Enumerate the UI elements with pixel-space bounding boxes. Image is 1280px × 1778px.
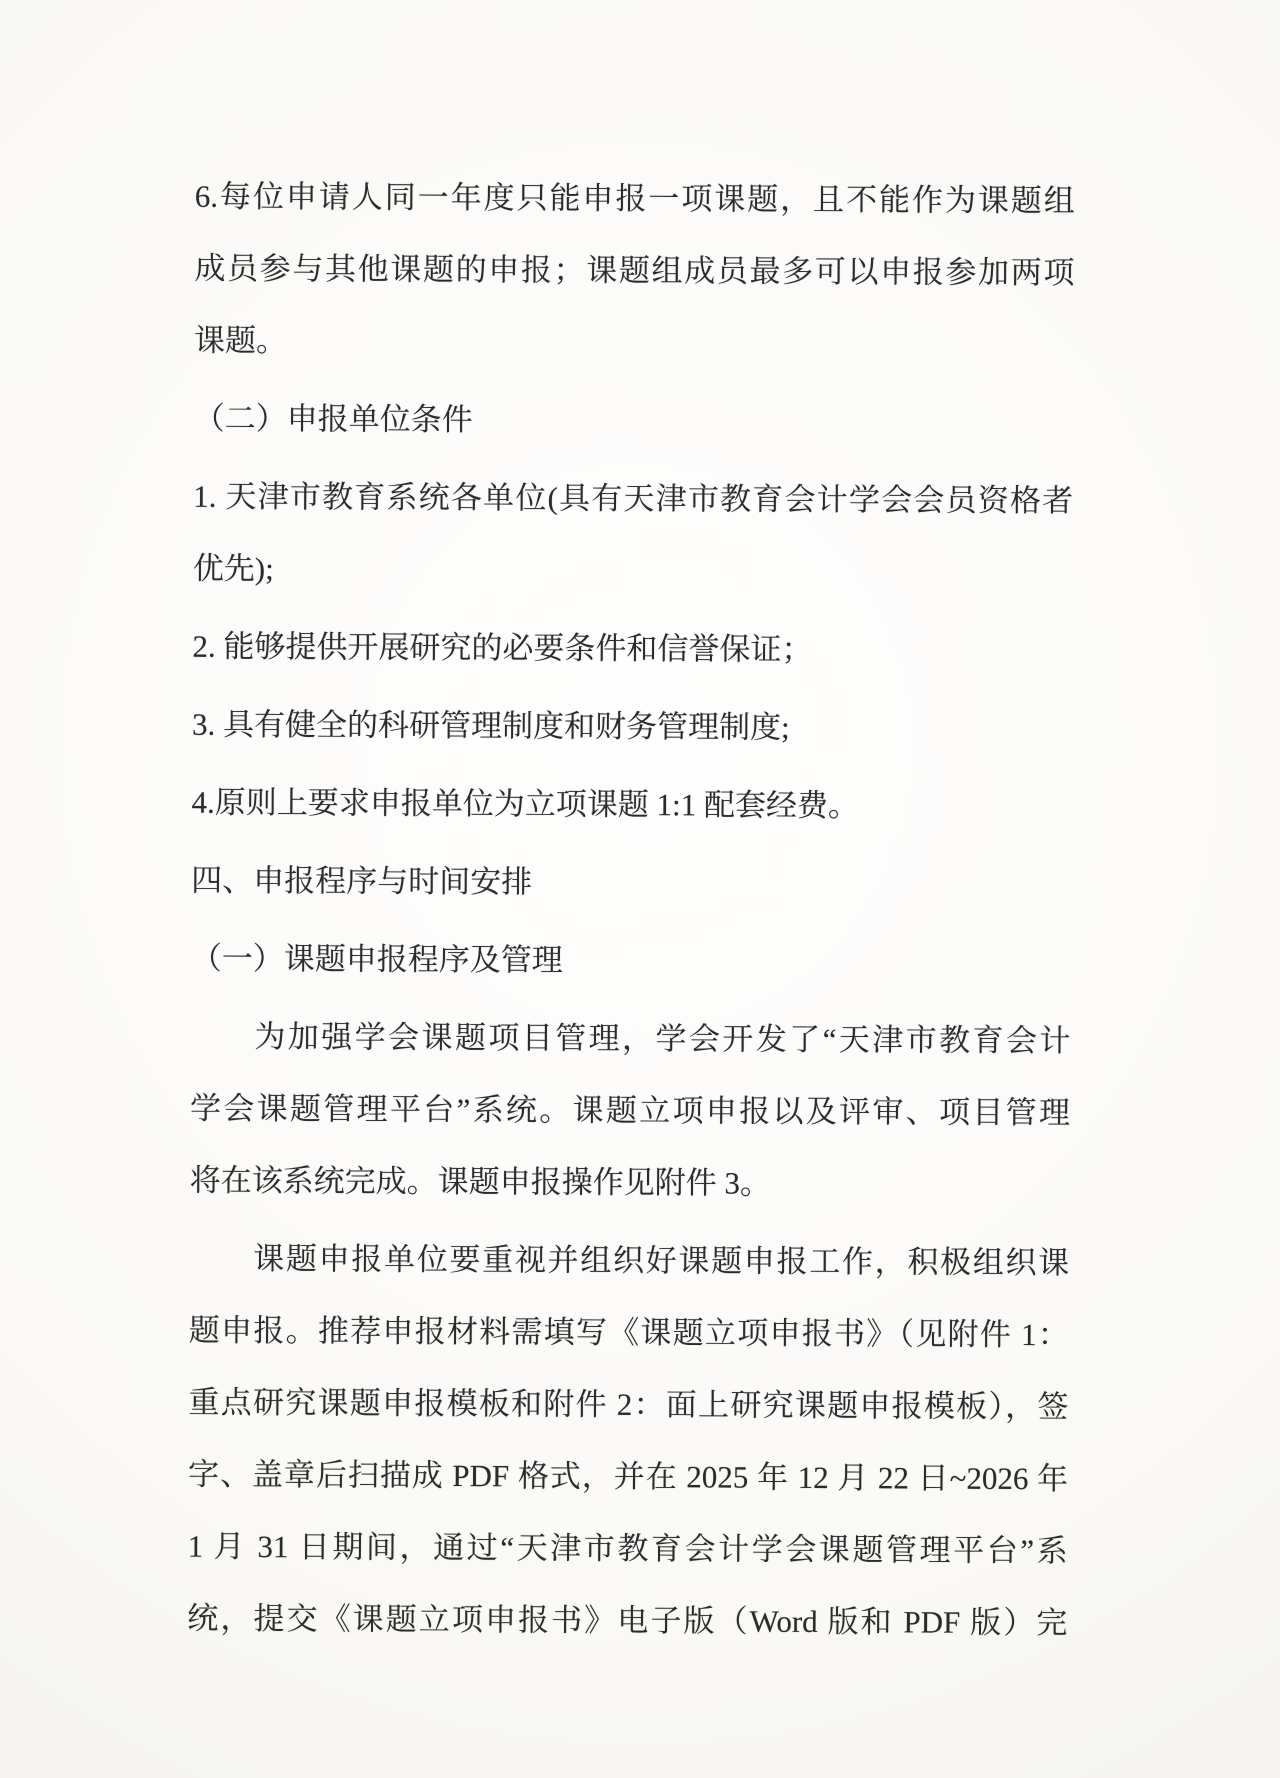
document-text-line: 学会课题管理平台”系统。课题立项申报以及评审、项目管理: [190, 1073, 1070, 1150]
document-text-line: （二）申报单位条件: [193, 383, 1073, 460]
document-text-line: （一）课题申报程序及管理: [191, 923, 1071, 1000]
document-text-line: 1. 天津市教育系统各单位(具有天津市教育会计学会会员资格者: [193, 461, 1073, 538]
document-text-line: 题申报。推荐申报材料需填写《课题立项申报书》（见附件 1：: [189, 1295, 1069, 1372]
document-text-line: 重点研究课题申报模板和附件 2：面上研究课题申报模板），签: [188, 1367, 1068, 1444]
document-text-line: 2. 能够提供开展研究的必要条件和信誉保证；: [192, 611, 1072, 688]
document-text-block: 6.每位申请人同一年度只能申报一项课题，且不能作为课题组成员参与其他课题的申报；…: [187, 155, 1075, 1660]
document-text-line: 将在该系统完成。课题申报操作见附件 3。: [189, 1145, 1069, 1222]
document-text-line: 4.原则上要求申报单位为立项课题 1:1 配套经费。: [191, 767, 1071, 844]
scanned-document-page: 6.每位申请人同一年度只能申报一项课题，且不能作为课题组成员参与其他课题的申报；…: [0, 0, 1280, 1778]
document-text-line: 课题。: [194, 305, 1074, 382]
document-text-line: 成员参与其他课题的申报；课题组成员最多可以申报参加两项: [194, 233, 1074, 310]
document-text-line: 6.每位申请人同一年度只能申报一项课题，且不能作为课题组: [195, 161, 1075, 238]
document-text-line: 优先);: [193, 533, 1073, 610]
document-text-line: 四、申报程序与时间安排: [191, 845, 1071, 922]
document-text-line: 课题申报单位要重视并组织好课题申报工作，积极组织课: [189, 1223, 1069, 1300]
document-text-line: 1 月 31 日期间，通过“天津市教育会计学会课题管理平台”系: [188, 1511, 1068, 1588]
document-text-line: 3. 具有健全的科研管理制度和财务管理制度;: [192, 689, 1072, 766]
document-text-line: 统，提交《课题立项申报书》电子版（Word 版和 PDF 版）完: [187, 1583, 1067, 1660]
document-text-line: 字、盖章后扫描成 PDF 格式，并在 2025 年 12 月 22 日~2026…: [188, 1439, 1068, 1516]
document-text-line: 为加强学会课题项目管理，学会开发了“天津市教育会计: [190, 1001, 1070, 1078]
